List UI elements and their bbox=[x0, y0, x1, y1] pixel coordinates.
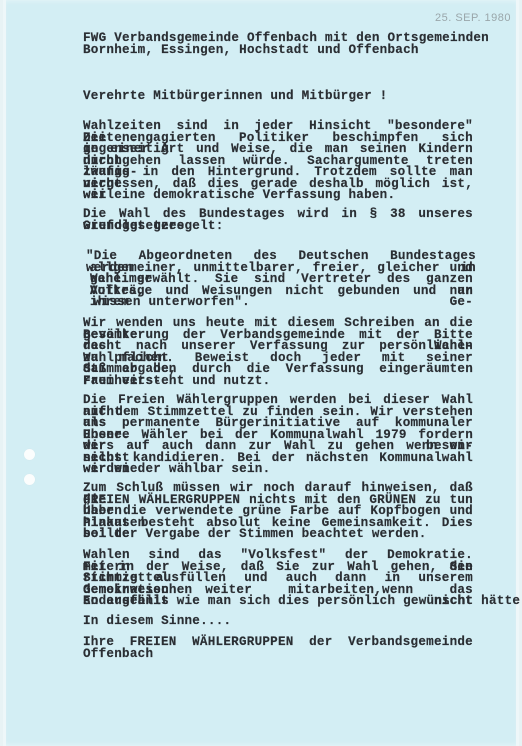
closing-text: In diesem Sinne.... bbox=[83, 616, 231, 628]
paragraph-6: Wahlen sind das "Volksfest" der Demokrat… bbox=[83, 550, 522, 608]
paragraph-3: Wir wenden uns heute mit diesem Schreibe… bbox=[83, 318, 473, 387]
paragraph-1: Wahlzeiten sind in jeder Hinsicht "beson… bbox=[83, 121, 473, 202]
closing: In diesem Sinne.... bbox=[83, 616, 231, 628]
salutation: Verehrte Mitbürgerinnen und Mitbürger ! bbox=[83, 91, 388, 103]
received-date-stamp: 25. SEP. 1980 bbox=[435, 12, 511, 24]
signature: Ihre FREIEN WÄHLERGRUPPEN der Verbandsge… bbox=[83, 637, 473, 649]
text-line: raum versteht und nutzt. bbox=[83, 376, 473, 388]
paragraph-4: Die Freien Wählergruppen werden bei dies… bbox=[83, 395, 473, 476]
punch-hole-upper bbox=[24, 449, 35, 460]
document-page: 25. SEP. 1980 FWG Verbandsgemeinde Offen… bbox=[3, 0, 519, 746]
text-line: wir eine demokratische Verfassung haben. bbox=[83, 190, 473, 202]
text-line: wiefolgt geregelt: bbox=[83, 221, 473, 233]
punch-hole-lower bbox=[24, 474, 35, 485]
grundgesetz-quote: "Die Abgeordneten des Deutschen Bundesta… bbox=[86, 251, 476, 309]
text-line: wir wieder wählbar sein. bbox=[83, 464, 473, 476]
page-edge-left bbox=[3, 0, 6, 746]
text-line: bei der Vergabe der Stimmen beachtet wer… bbox=[83, 529, 473, 541]
text-line: so ausfällt wie man sich dies persönlich… bbox=[83, 596, 522, 608]
salutation-text: Verehrte Mitbürgerinnen und Mitbürger ! bbox=[83, 91, 388, 103]
paragraph-2: Die Wahl des Bundestages wird in § 38 un… bbox=[83, 209, 473, 232]
paragraph-5: Zum Schluß müssen wir noch darauf hinwei… bbox=[83, 483, 473, 541]
sender-line: Bornheim, Essingen, Hochstadt und Offenb… bbox=[83, 45, 489, 57]
signature-text: Ihre FREIEN WÄHLERGRUPPEN der Verbandsge… bbox=[83, 637, 473, 649]
sender-block: FWG Verbandsgemeinde Offenbach mit den O… bbox=[83, 33, 489, 56]
page-edge-right bbox=[516, 0, 519, 746]
